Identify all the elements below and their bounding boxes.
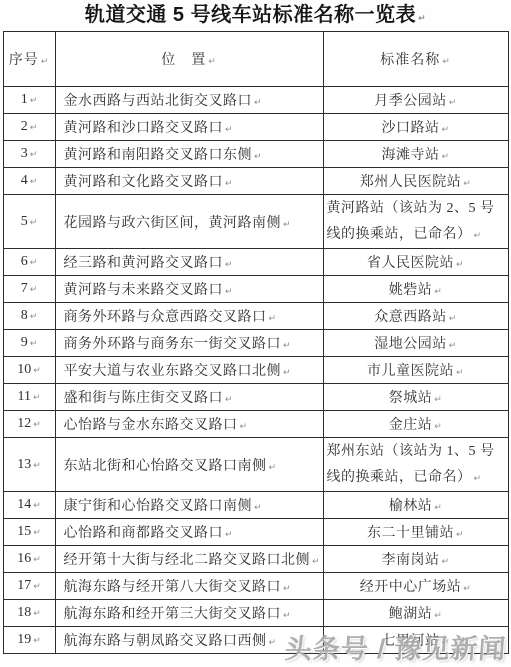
row-name-text: 沙口路站 — [381, 121, 439, 136]
row-number-text: 12 — [17, 416, 31, 431]
row-name-text: 众意西路站 — [374, 310, 447, 325]
paragraph-mark: ↵ — [474, 231, 482, 241]
paragraph-mark: ↵ — [434, 503, 442, 513]
row-number-text: 18 — [17, 605, 31, 620]
paragraph-mark: ↵ — [441, 557, 449, 567]
paragraph-mark: ↵ — [225, 125, 233, 135]
row-location-text: 康宁街和心怡路交叉路口南侧 — [64, 499, 253, 514]
paragraph-mark: ↵ — [434, 422, 442, 432]
paragraph-mark: ↵ — [30, 177, 38, 187]
paragraph-mark: ↵ — [41, 57, 50, 67]
row-location-text: 心怡路与金水东路交叉路口 — [64, 418, 238, 433]
table-row: 12↵心怡路与金水东路交叉路口↵金庄站↵ — [3, 411, 508, 438]
paragraph-mark: ↵ — [456, 260, 464, 270]
paragraph-mark: ↵ — [463, 179, 471, 189]
row-name: 经开中心广场站↵ — [323, 573, 508, 600]
paragraph-mark: ↵ — [283, 584, 291, 594]
table-row: 6↵经三路和黄河路交叉路口↵省人民医院站↵ — [3, 249, 508, 276]
row-location-text: 航海东路和经开第三大街交叉路口 — [64, 607, 282, 622]
row-location: 平安大道与农业东路交叉路口北侧↵ — [55, 357, 323, 384]
paragraph-mark: ↵ — [283, 368, 291, 378]
page: 轨道交通 5 号线车站标准名称一览表↵ 序号↵ 位 置↵ 标准名称↵ 1↵金水西… — [0, 0, 511, 667]
row-number: 7↵ — [3, 276, 55, 303]
row-name-text: 黄河路站（该站为 2、5 号线的换乘站，已命名） — [327, 201, 495, 242]
row-number-text: 3 — [21, 146, 28, 161]
row-location-text: 黄河路与未来路交叉路口 — [64, 283, 224, 298]
row-location-text: 黄河路和文化路交叉路口 — [64, 175, 224, 190]
row-number-text: 9 — [21, 335, 28, 350]
row-name: 月季公园站↵ — [323, 87, 508, 114]
row-location-text: 花园路与政六街区间，黄河路南侧 — [64, 216, 282, 231]
paragraph-mark: ↵ — [441, 152, 449, 162]
table-row: 10↵平安大道与农业东路交叉路口北侧↵市儿童医院站↵ — [3, 357, 508, 384]
row-name-text: 郑州东站（该站为 1、5 号线的换乘站，已命名） — [327, 444, 495, 485]
row-name-text: 市儿童医院站 — [367, 364, 454, 379]
row-number-text: 17 — [17, 578, 31, 593]
header-location: 位 置↵ — [55, 32, 323, 87]
row-name-text: 郑州人民医院站 — [360, 175, 462, 190]
row-name: 祭城站↵ — [323, 384, 508, 411]
paragraph-mark: ↵ — [240, 422, 248, 432]
row-location-text: 商务外环路与众意西路交叉路口 — [64, 310, 267, 325]
row-location: 经开第十大街与经北二路交叉路口北侧↵ — [55, 546, 323, 573]
paragraph-mark: ↵ — [33, 420, 41, 430]
paragraph-mark: ↵ — [283, 611, 291, 621]
row-location: 花园路与政六街区间，黄河路南侧↵ — [55, 195, 323, 249]
row-number-text: 7 — [21, 281, 28, 296]
table-row: 7↵黄河路与未来路交叉路口↵姚砦站↵ — [3, 276, 508, 303]
paragraph-mark: ↵ — [33, 609, 41, 619]
row-number: 19↵ — [3, 627, 55, 654]
paragraph-mark: ↵ — [225, 179, 233, 189]
row-name: 湿地公园站↵ — [323, 330, 508, 357]
row-number-text: 14 — [17, 497, 31, 512]
row-number: 2↵ — [3, 114, 55, 141]
row-location-text: 黄河路和沙口路交叉路口 — [64, 121, 224, 136]
row-name-text: 经开中心广场站 — [360, 580, 462, 595]
row-number: 18↵ — [3, 600, 55, 627]
row-number: 14↵ — [3, 492, 55, 519]
row-number-text: 11 — [17, 389, 30, 404]
row-location-text: 东站北街和心怡路交叉路口南侧 — [64, 459, 267, 474]
header-row: 序号↵ 位 置↵ 标准名称↵ — [3, 32, 508, 87]
row-location-text: 心怡路和商都路交叉路口 — [64, 526, 224, 541]
row-number: 10↵ — [3, 357, 55, 384]
paragraph-mark: ↵ — [225, 530, 233, 540]
row-location: 盛和街与陈庄街交叉路口↵ — [55, 384, 323, 411]
paragraph-mark: ↵ — [254, 152, 262, 162]
stations-table: 序号↵ 位 置↵ 标准名称↵ 1↵金水西路与西站北街交叉路口↵月季公园站↵2↵黄… — [3, 31, 509, 654]
paragraph-mark: ↵ — [441, 125, 449, 135]
table-row: 2↵黄河路和沙口路交叉路口↵沙口路站↵ — [3, 114, 508, 141]
paragraph-mark: ↵ — [30, 258, 38, 268]
row-name: 郑州东站（该站为 1、5 号线的换乘站，已命名）↵ — [323, 438, 508, 492]
table-row: 16↵经开第十大街与经北二路交叉路口北侧↵李南岗站↵ — [3, 546, 508, 573]
row-number-text: 1 — [21, 92, 28, 107]
paragraph-mark: ↵ — [33, 528, 41, 538]
row-number-text: 2 — [21, 119, 28, 134]
page-title-text: 轨道交通 5 号线车站标准名称一览表 — [85, 4, 416, 26]
paragraph-mark: ↵ — [208, 57, 217, 67]
row-number: 12↵ — [3, 411, 55, 438]
paragraph-mark: ↵ — [269, 638, 277, 648]
row-name: 榆林站↵ — [323, 492, 508, 519]
row-name-text: 湿地公园站 — [374, 337, 447, 352]
paragraph-mark: ↵ — [442, 57, 451, 67]
row-number: 16↵ — [3, 546, 55, 573]
row-location: 金水西路与西站北街交叉路口↵ — [55, 87, 323, 114]
row-location: 康宁街和心怡路交叉路口南侧↵ — [55, 492, 323, 519]
table-row: 11↵盛和街与陈庄街交叉路口↵祭城站↵ — [3, 384, 508, 411]
table-row: 18↵航海东路和经开第三大街交叉路口↵鲍湖站↵ — [3, 600, 508, 627]
paragraph-mark: ↵ — [441, 638, 449, 648]
row-location: 黄河路和南阳路交叉路口东侧↵ — [55, 141, 323, 168]
paragraph-mark: ↵ — [418, 14, 426, 24]
table-row: 13↵东站北街和心怡路交叉路口南侧↵郑州东站（该站为 1、5 号线的换乘站，已命… — [3, 438, 508, 492]
paragraph-mark: ↵ — [434, 395, 442, 405]
paragraph-mark: ↵ — [30, 312, 38, 322]
row-number: 11↵ — [3, 384, 55, 411]
row-number-text: 16 — [17, 551, 31, 566]
table-row: 14↵康宁街和心怡路交叉路口南侧↵榆林站↵ — [3, 492, 508, 519]
row-name-text: 祭城站 — [389, 391, 433, 406]
row-number: 13↵ — [3, 438, 55, 492]
row-name-text: 榆林站 — [389, 499, 433, 514]
row-number-text: 5 — [21, 214, 28, 229]
paragraph-mark: ↵ — [33, 461, 41, 471]
row-name: 鲍湖站↵ — [323, 600, 508, 627]
row-location: 经三路和黄河路交叉路口↵ — [55, 249, 323, 276]
header-no: 序号↵ — [3, 32, 55, 87]
row-location: 东站北街和心怡路交叉路口南侧↵ — [55, 438, 323, 492]
row-location-text: 盛和街与陈庄街交叉路口 — [64, 391, 224, 406]
table-row: 1↵金水西路与西站北街交叉路口↵月季公园站↵ — [3, 87, 508, 114]
paragraph-mark: ↵ — [33, 555, 41, 565]
row-name-text: 金庄站 — [389, 418, 433, 433]
row-location: 黄河路和沙口路交叉路口↵ — [55, 114, 323, 141]
row-location-text: 航海东路与经开第八大街交叉路口 — [64, 580, 282, 595]
paragraph-mark: ↵ — [33, 393, 41, 403]
row-number: 3↵ — [3, 141, 55, 168]
row-name: 众意西路站↵ — [323, 303, 508, 330]
row-number: 15↵ — [3, 519, 55, 546]
row-name: 海滩寺站↵ — [323, 141, 508, 168]
table-body: 1↵金水西路与西站北街交叉路口↵月季公园站↵2↵黄河路和沙口路交叉路口↵沙口路站… — [3, 87, 508, 654]
paragraph-mark: ↵ — [225, 395, 233, 405]
paragraph-mark: ↵ — [269, 314, 277, 324]
row-location-text: 商务外环路与商务东一街交叉路口 — [64, 337, 282, 352]
row-number: 4↵ — [3, 168, 55, 195]
paragraph-mark: ↵ — [33, 366, 41, 376]
row-location-text: 金水西路与西站北街交叉路口 — [64, 94, 253, 109]
row-location-text: 经三路和黄河路交叉路口 — [64, 256, 224, 271]
row-number-text: 13 — [17, 457, 31, 472]
row-location: 心怡路与金水东路交叉路口↵ — [55, 411, 323, 438]
row-location: 商务外环路与商务东一街交叉路口↵ — [55, 330, 323, 357]
paragraph-mark: ↵ — [474, 474, 482, 484]
row-number-text: 4 — [21, 173, 28, 188]
paragraph-mark: ↵ — [33, 501, 41, 511]
row-number-text: 19 — [17, 632, 31, 647]
row-number: 1↵ — [3, 87, 55, 114]
paragraph-mark: ↵ — [30, 150, 38, 160]
paragraph-mark: ↵ — [30, 123, 38, 133]
paragraph-mark: ↵ — [30, 218, 38, 228]
row-number: 5↵ — [3, 195, 55, 249]
row-name: 金庄站↵ — [323, 411, 508, 438]
paragraph-mark: ↵ — [225, 260, 233, 270]
table-row: 4↵黄河路和文化路交叉路口↵郑州人民医院站↵ — [3, 168, 508, 195]
header-location-text: 位 置 — [161, 53, 206, 68]
paragraph-mark: ↵ — [254, 98, 262, 108]
row-location-text: 黄河路和南阳路交叉路口东侧 — [64, 148, 253, 163]
row-name-text: 七里河站 — [381, 634, 439, 649]
table-row: 15↵心怡路和商都路交叉路口↵东二十里铺站↵ — [3, 519, 508, 546]
row-number-text: 6 — [21, 254, 28, 269]
row-name: 郑州人民医院站↵ — [323, 168, 508, 195]
paragraph-mark: ↵ — [449, 341, 457, 351]
header-no-text: 序号 — [9, 53, 39, 68]
row-name-text: 东二十里铺站 — [367, 526, 454, 541]
paragraph-mark: ↵ — [449, 98, 457, 108]
paragraph-mark: ↵ — [254, 503, 262, 513]
row-number-text: 15 — [17, 524, 31, 539]
row-location: 航海东路与经开第八大街交叉路口↵ — [55, 573, 323, 600]
paragraph-mark: ↵ — [463, 584, 471, 594]
row-name: 七里河站↵ — [323, 627, 508, 654]
row-name-text: 李南岗站 — [381, 553, 439, 568]
paragraph-mark: ↵ — [283, 341, 291, 351]
paragraph-mark: ↵ — [312, 557, 320, 567]
row-location: 航海东路和经开第三大街交叉路口↵ — [55, 600, 323, 627]
row-number-text: 10 — [17, 362, 31, 377]
table-row: 19↵航海东路与朝凤路交叉路口西侧↵七里河站↵ — [3, 627, 508, 654]
paragraph-mark: ↵ — [30, 96, 38, 106]
row-number: 8↵ — [3, 303, 55, 330]
paragraph-mark: ↵ — [30, 285, 38, 295]
row-name-text: 鲍湖站 — [389, 607, 433, 622]
row-name: 市儿童医院站↵ — [323, 357, 508, 384]
row-name-text: 月季公园站 — [374, 94, 447, 109]
paragraph-mark: ↵ — [434, 287, 442, 297]
header-name: 标准名称↵ — [323, 32, 508, 87]
row-name: 黄河路站（该站为 2、5 号线的换乘站，已命名）↵ — [323, 195, 508, 249]
row-name: 东二十里铺站↵ — [323, 519, 508, 546]
row-name-text: 海滩寺站 — [381, 148, 439, 163]
paragraph-mark: ↵ — [30, 339, 38, 349]
row-name: 沙口路站↵ — [323, 114, 508, 141]
table-row: 3↵黄河路和南阳路交叉路口东侧↵海滩寺站↵ — [3, 141, 508, 168]
row-name: 姚砦站↵ — [323, 276, 508, 303]
paragraph-mark: ↵ — [449, 314, 457, 324]
table-row: 8↵商务外环路与众意西路交叉路口↵众意西路站↵ — [3, 303, 508, 330]
row-location: 航海东路与朝凤路交叉路口西侧↵ — [55, 627, 323, 654]
row-number: 17↵ — [3, 573, 55, 600]
paragraph-mark: ↵ — [456, 368, 464, 378]
paragraph-mark: ↵ — [225, 287, 233, 297]
table-row: 5↵花园路与政六街区间，黄河路南侧↵黄河路站（该站为 2、5 号线的换乘站，已命… — [3, 195, 508, 249]
page-title: 轨道交通 5 号线车站标准名称一览表↵ — [0, 0, 511, 31]
row-name-text: 姚砦站 — [389, 283, 433, 298]
header-name-text: 标准名称 — [380, 53, 440, 68]
row-number: 6↵ — [3, 249, 55, 276]
row-location: 黄河路与未来路交叉路口↵ — [55, 276, 323, 303]
paragraph-mark: ↵ — [434, 611, 442, 621]
row-name-text: 省人民医院站 — [367, 256, 454, 271]
row-location-text: 平安大道与农业东路交叉路口北侧 — [64, 364, 282, 379]
row-location: 黄河路和文化路交叉路口↵ — [55, 168, 323, 195]
row-name: 省人民医院站↵ — [323, 249, 508, 276]
row-location: 心怡路和商都路交叉路口↵ — [55, 519, 323, 546]
row-number: 9↵ — [3, 330, 55, 357]
row-name: 李南岗站↵ — [323, 546, 508, 573]
paragraph-mark: ↵ — [33, 636, 41, 646]
paragraph-mark: ↵ — [269, 463, 277, 473]
paragraph-mark: ↵ — [33, 582, 41, 592]
row-location-text: 航海东路与朝凤路交叉路口西侧 — [64, 634, 267, 649]
table-row: 17↵航海东路与经开第八大街交叉路口↵经开中心广场站↵ — [3, 573, 508, 600]
paragraph-mark: ↵ — [456, 530, 464, 540]
row-location-text: 经开第十大街与经北二路交叉路口北侧 — [64, 553, 311, 568]
paragraph-mark: ↵ — [283, 220, 291, 230]
row-location: 商务外环路与众意西路交叉路口↵ — [55, 303, 323, 330]
row-number-text: 8 — [21, 308, 28, 323]
table-row: 9↵商务外环路与商务东一街交叉路口↵湿地公园站↵ — [3, 330, 508, 357]
